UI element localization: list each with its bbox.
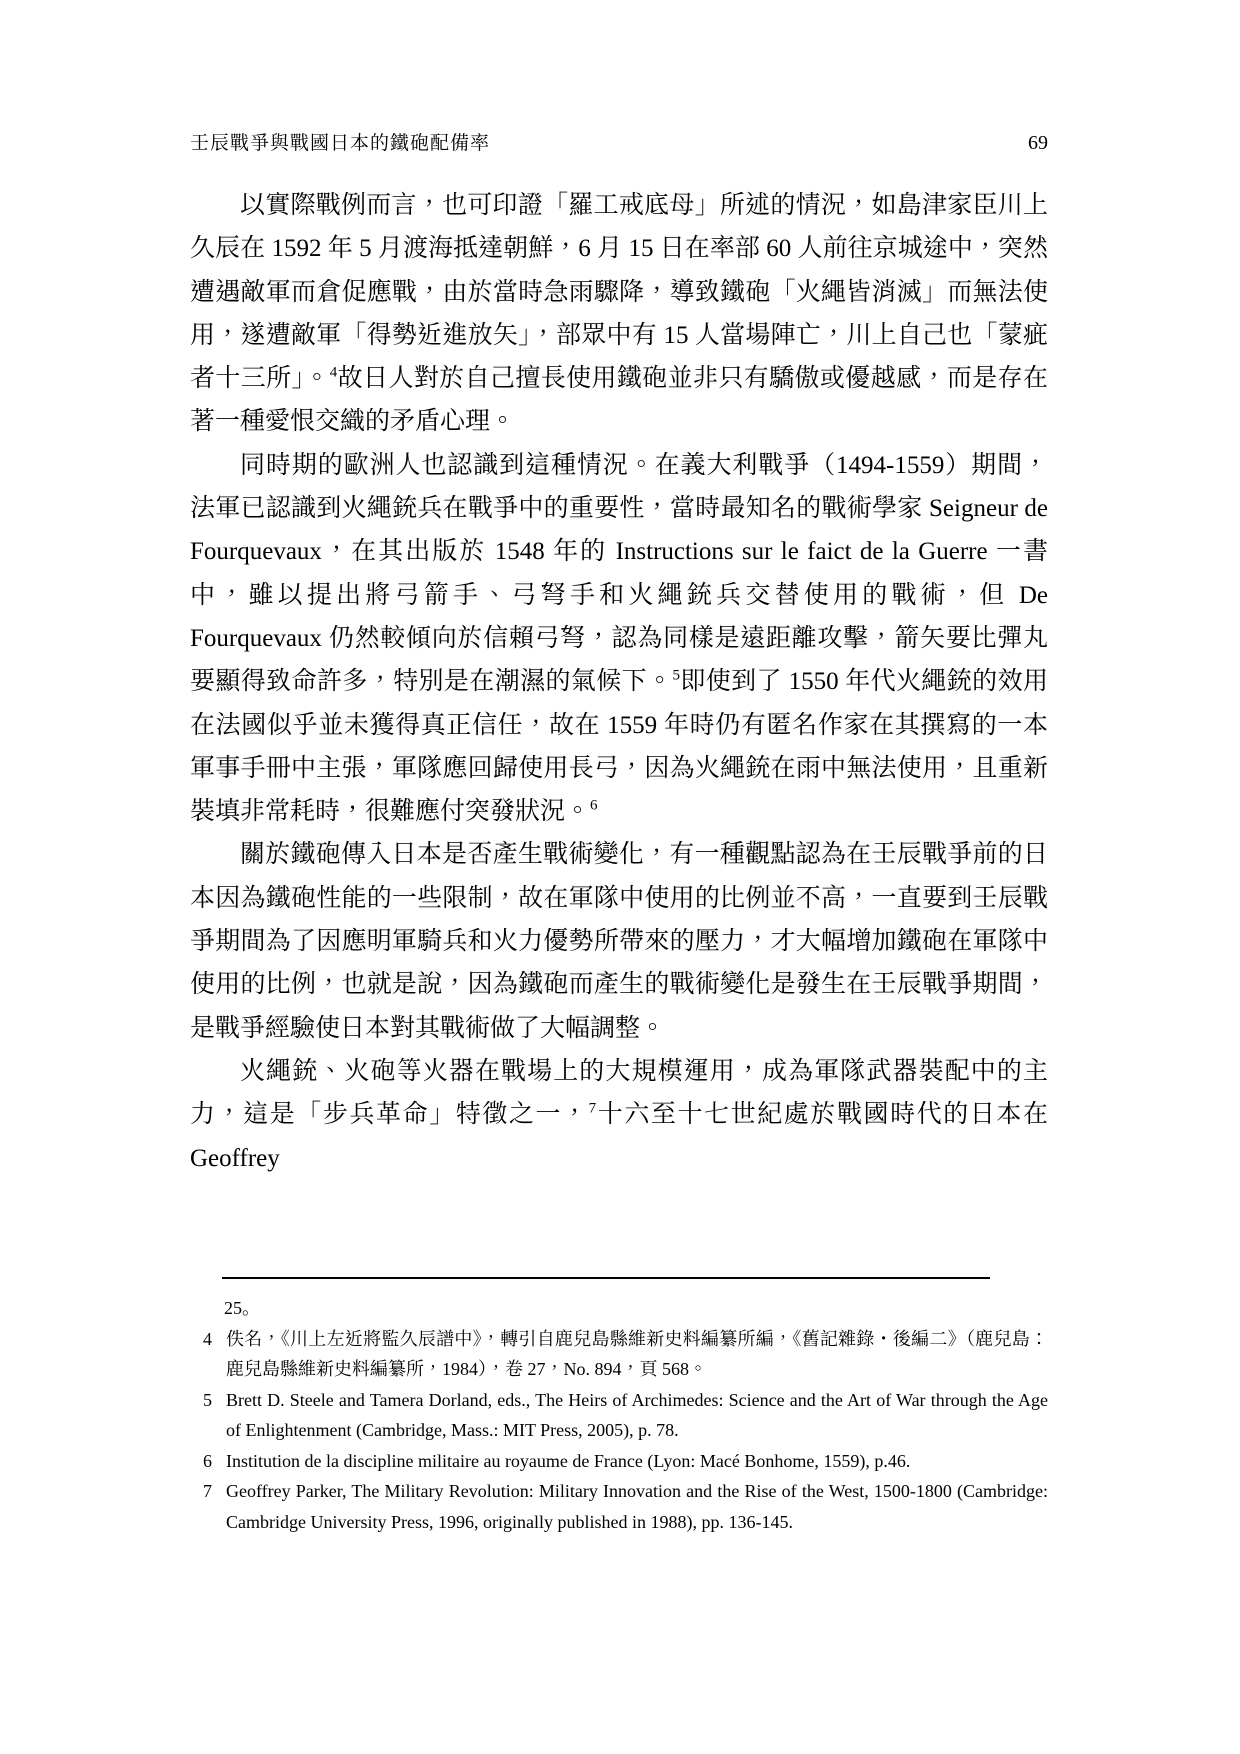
page-header: 壬辰戰爭與戰國日本的鐵砲配備率 69 [190,128,1048,155]
paragraph-4: 火繩銃、火砲等火器在戰場上的大規模運用，成為軍隊武器裝配中的主力，這是「步兵革命… [190,1050,1048,1180]
paragraph-2-text: 同時期的歐洲人也認識到這種情況。在義大利戰爭（1494-1559）期間，法軍已認… [190,452,1048,695]
footnote-6-number: 6 [203,1446,212,1477]
paragraph-1-text: 以實際戰例而言，也可印證「羅工戒底母」所述的情況，如島津家臣川上久辰在 1592… [190,192,1048,392]
document-page: 壬辰戰爭與戰國日本的鐵砲配備率 69 以實際戰例而言，也可印證「羅工戒底母」所述… [0,0,1240,1754]
paragraph-3-text: 關於鐵砲傳入日本是否產生戰術變化，有一種觀點認為在壬辰戰爭前的日本因為鐵砲性能的… [190,841,1048,1041]
footnote-ref-5: 5 [672,668,680,684]
footnote-4-text: 佚名，《川上左近將監久辰譜中》，轉引自鹿兒島縣維新史料編纂所編，《舊記雜錄・後編… [226,1329,1048,1380]
footnote-ref-6: 6 [590,798,598,814]
footnote-5: 5Brett D. Steele and Tamera Dorland, eds… [203,1385,1048,1446]
paragraph-1: 以實際戰例而言，也可印證「羅工戒底母」所述的情況，如島津家臣川上久辰在 1592… [190,184,1048,444]
paragraph-2: 同時期的歐洲人也認識到這種情況。在義大利戰爭（1494-1559）期間，法軍已認… [190,444,1048,834]
footnote-6-text: Institution de la discipline militaire a… [226,1451,910,1471]
footnote-5-number: 5 [203,1385,212,1416]
footnote-4-number: 4 [203,1324,212,1355]
page-number: 69 [1028,132,1048,155]
footnotes-section: 25。 4佚名，《川上左近將監久辰譜中》，轉引自鹿兒島縣維新史料編纂所編，《舊記… [203,1293,1048,1537]
footnote-continuation: 25。 [224,1293,1048,1324]
footnote-7-number: 7 [203,1476,212,1507]
paragraph-3: 關於鐵砲傳入日本是否產生戰術變化，有一種觀點認為在壬辰戰爭前的日本因為鐵砲性能的… [190,833,1048,1049]
footnote-7: 7Geoffrey Parker, The Military Revolutio… [203,1476,1048,1537]
footnote-6: 6Institution de la discipline militaire … [203,1446,1048,1477]
body-text: 以實際戰例而言，也可印證「羅工戒底母」所述的情況，如島津家臣川上久辰在 1592… [190,184,1048,1180]
footnote-7-text: Geoffrey Parker, The Military Revolution… [226,1481,1048,1532]
footnote-5-text: Brett D. Steele and Tamera Dorland, eds.… [226,1390,1048,1441]
running-title: 壬辰戰爭與戰國日本的鐵砲配備率 [190,128,490,155]
footnote-4: 4佚名，《川上左近將監久辰譜中》，轉引自鹿兒島縣維新史料編纂所編，《舊記雜錄・後… [203,1324,1048,1385]
footnote-separator [222,1277,990,1279]
